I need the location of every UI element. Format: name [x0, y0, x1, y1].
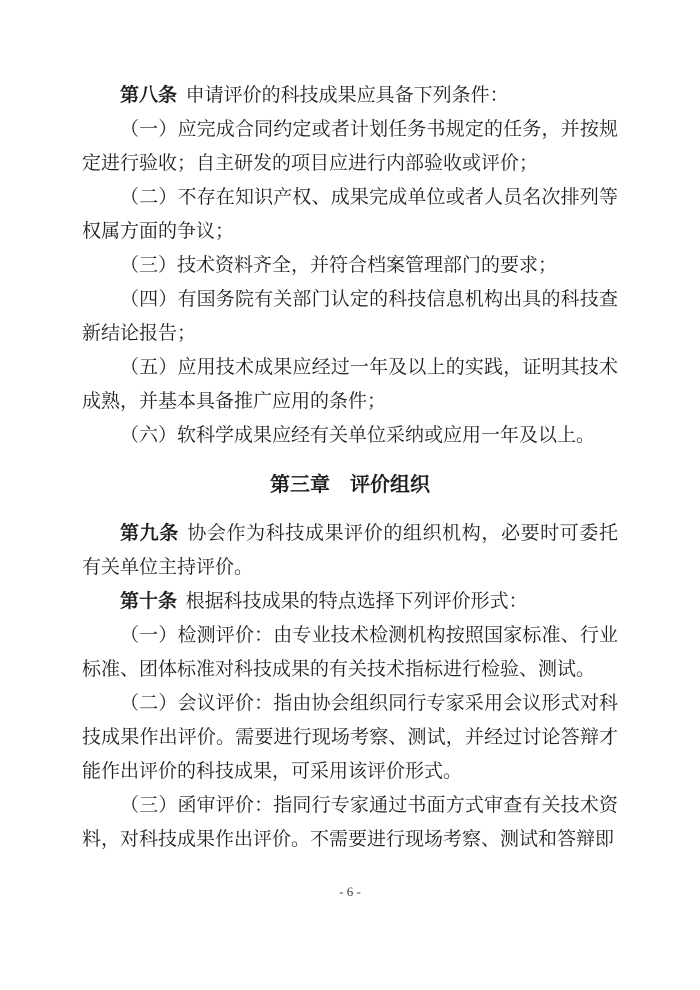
- article-8-heading: 第八条申请评价的科技成果应具备下列条件：: [82, 79, 618, 113]
- article-8-item-1: （一）应完成合同约定或者计划任务书规定的任务，并按规定进行验收；自主研发的项目应…: [82, 113, 618, 181]
- article-8-item-6: （六）软科学成果应经有关单位采纳或应用一年及以上。: [82, 419, 618, 453]
- article-8-text: 申请评价的科技成果应具备下列条件：: [186, 85, 509, 106]
- article-10-heading: 第十条根据科技成果的特点选择下列评价形式：: [82, 585, 618, 619]
- article-10-item-2: （二）会议评价：指由协会组织同行专家采用会议形式对科技成果作出评价。需要进行现场…: [82, 687, 618, 789]
- article-8-label: 第八条: [120, 85, 177, 106]
- article-8-item-4: （四）有国务院有关部门认定的科技信息机构出具的科技查新结论报告；: [82, 283, 618, 351]
- article-9-label: 第九条: [120, 523, 179, 544]
- article-8-item-5: （五）应用技术成果应经过一年及以上的实践，证明其技术成熟，并基本具备推广应用的条…: [82, 351, 618, 419]
- page-number: - 6 -: [339, 884, 361, 899]
- document-body: 第八条申请评价的科技成果应具备下列条件： （一）应完成合同约定或者计划任务书规定…: [82, 79, 618, 857]
- article-10-item-1: （一）检测评价：由专业技术检测机构按照国家标准、行业标准、团体标准对科技成果的有…: [82, 619, 618, 687]
- article-10-text: 根据科技成果的特点选择下列评价形式：: [186, 591, 528, 612]
- article-8-item-3: （三）技术资料齐全，并符合档案管理部门的要求；: [82, 249, 618, 283]
- article-8-item-2: （二）不存在知识产权、成果完成单位或者人员名次排列等权属方面的争议；: [82, 181, 618, 249]
- article-9-paragraph: 第九条协会作为科技成果评价的组织机构，必要时可委托有关单位主持评价。: [82, 517, 618, 585]
- article-10-label: 第十条: [120, 591, 177, 612]
- chapter-3-heading: 第三章 评价组织: [82, 468, 618, 502]
- document-page: 第八条申请评价的科技成果应具备下列条件： （一）应完成合同约定或者计划任务书规定…: [0, 0, 700, 990]
- article-10-item-3: （三）函审评价：指同行专家通过书面方式审查有关技术资料，对科技成果作出评价。不需…: [82, 789, 618, 857]
- page-footer: - 6 -: [0, 884, 700, 900]
